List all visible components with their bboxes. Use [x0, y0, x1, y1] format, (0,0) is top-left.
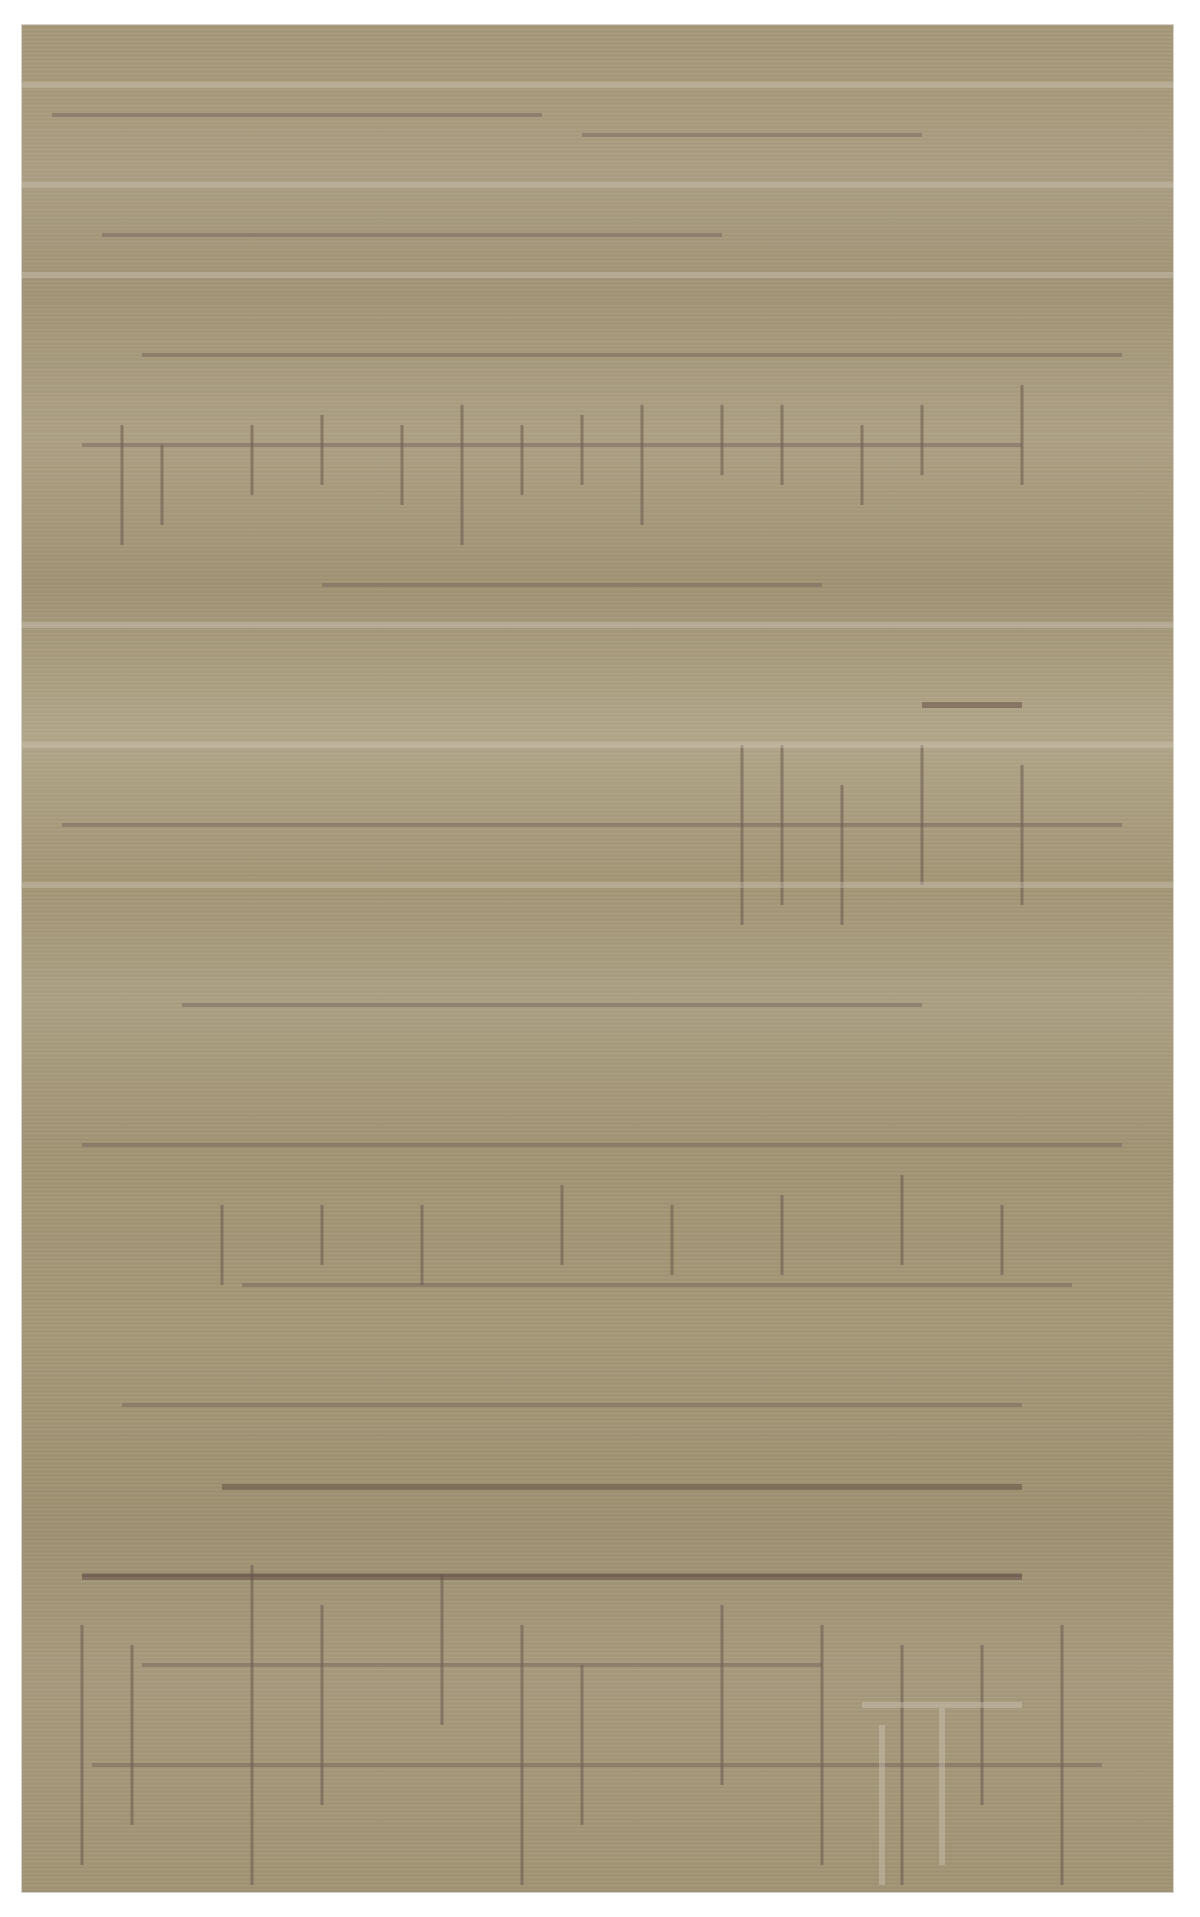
rug-pattern [22, 25, 1173, 1892]
rug-photo: Rectangular hand-knotted rug in muted ol… [22, 25, 1173, 1892]
